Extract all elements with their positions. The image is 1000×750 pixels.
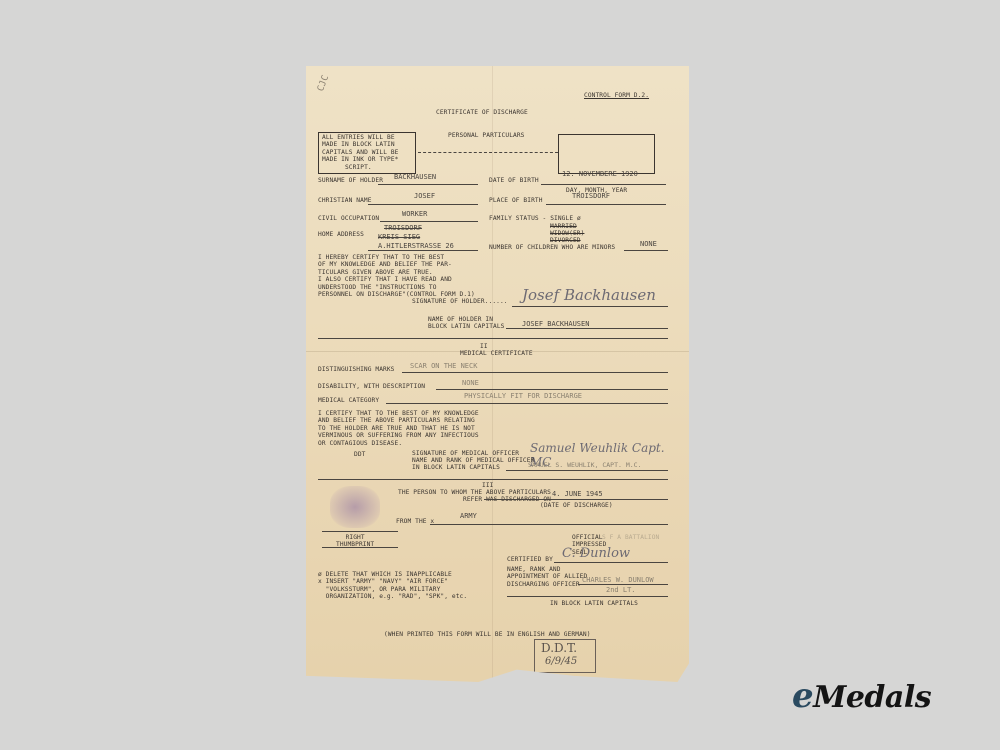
christian-name-value: JOSEF <box>414 192 435 200</box>
holder-signature: Josef Backhausen <box>522 286 656 304</box>
footnotes: ø DELETE THAT WHICH IS INAPPLICABLE x IN… <box>318 571 467 601</box>
medical-certify-text: I CERTIFY THAT TO THE BEST OF MY KNOWLED… <box>318 410 479 447</box>
control-form-label: CONTROL FORM D.2. <box>584 92 649 99</box>
dob-value: 12. NOVEMBERE 1920 <box>562 170 638 178</box>
discharge-from-value: ARMY <box>460 512 477 520</box>
medical-category-value: PHYSICALLY FIT FOR DISCHARGE <box>464 392 582 400</box>
children-value: NONE <box>640 240 657 248</box>
thumbprint <box>330 486 380 528</box>
medical-officer-name-value: SAMUEL S. WEUHLIK, CAPT. M.C. <box>528 461 642 469</box>
discharge-certificate: CJC CONTROL FORM D.2. CERTIFICATE OF DIS… <box>306 66 689 682</box>
occupation-value: WORKER <box>402 210 427 218</box>
discharge-date-value: 4. JUNE 1945 <box>552 490 603 498</box>
certifier-rank-value: 2nd LT. <box>606 586 636 594</box>
surname-value: BACKHAUSEN <box>394 173 436 181</box>
certifying-officer-signature: C. Dunlow <box>562 546 630 561</box>
section-personal-title: PERSONAL PARTICULARS <box>448 132 525 139</box>
photo-box <box>558 134 655 174</box>
printed-language-note: (WHEN PRINTED THIS FORM WILL BE IN ENGLI… <box>384 631 591 638</box>
instructions-box: ALL ENTRIES WILL BE MADE IN BLOCK LATIN … <box>318 132 416 174</box>
distinguishing-marks-value: SCAR ON THE NECK <box>410 362 477 370</box>
section-medical-title: MEDICAL CERTIFICATE <box>460 350 533 357</box>
corner-note: CJC <box>318 75 331 93</box>
official-seal-stamp: S F A BATTALION <box>602 534 659 541</box>
holder-name-value: JOSEF BACKHAUSEN <box>522 320 589 328</box>
certifier-name-value: CHARLES W. DUNLOW <box>582 576 654 584</box>
document-title: CERTIFICATE OF DISCHARGE <box>436 109 528 116</box>
ddt-stamp: D.D.T. 6/9/45 <box>534 639 596 673</box>
disability-value: NONE <box>462 379 479 387</box>
declaration-text: I HEREBY CERTIFY THAT TO THE BEST OF MY … <box>318 254 475 298</box>
discharge-statement: THE PERSON TO WHOM THE ABOVE PARTICULARS… <box>398 489 551 504</box>
emedals-logo: eMedals <box>792 676 931 716</box>
pob-value: TROISDORF <box>572 192 610 200</box>
